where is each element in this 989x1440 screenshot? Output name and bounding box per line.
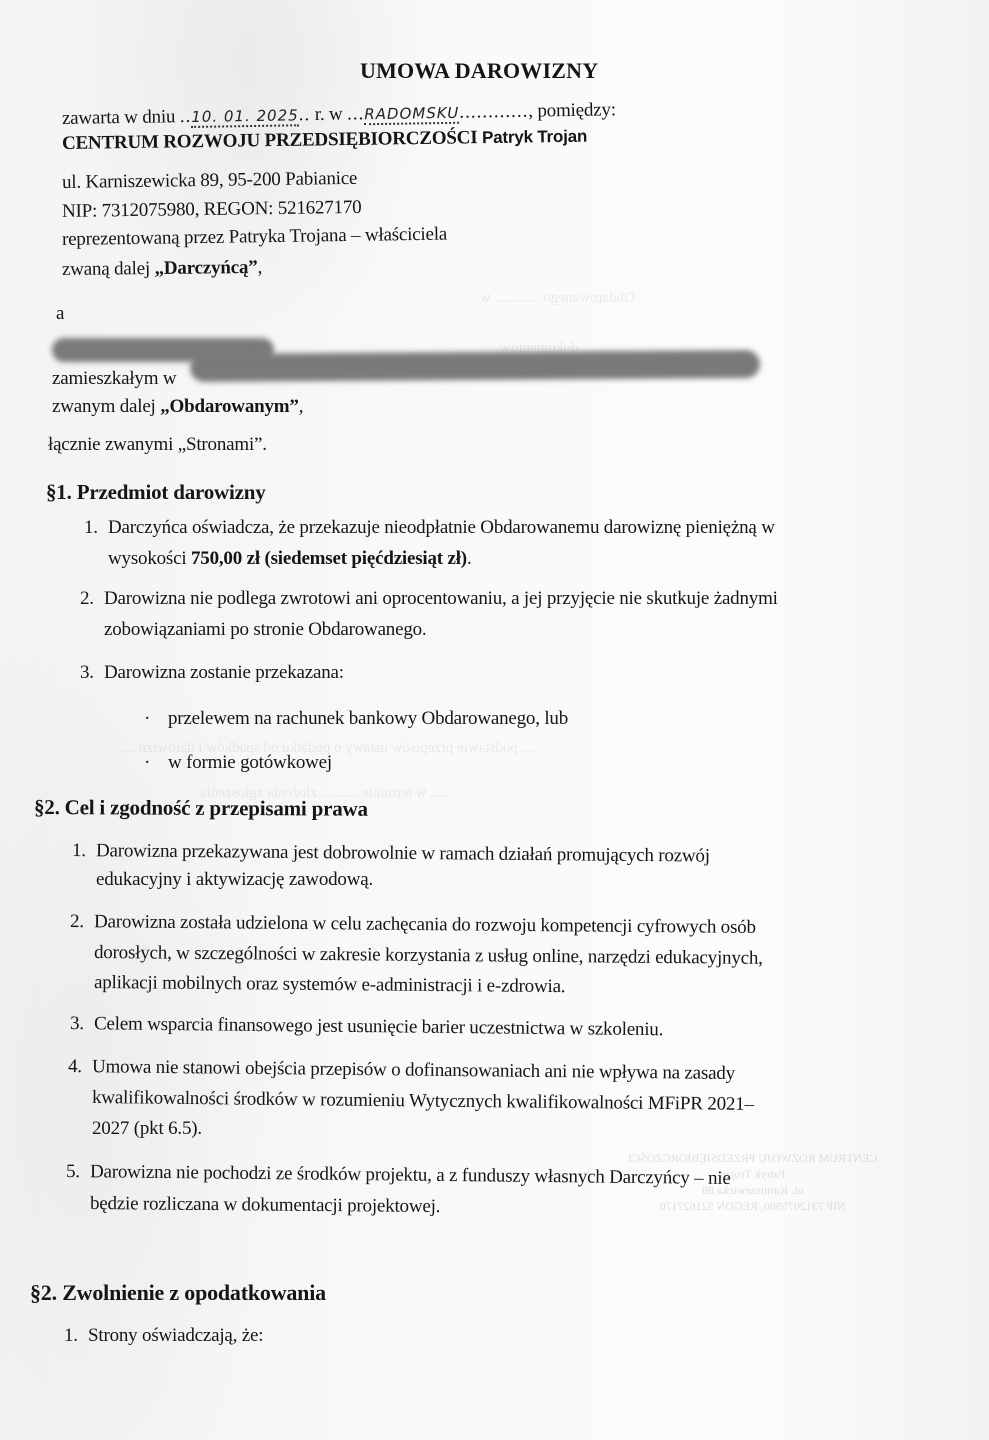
intro-line: zawarta w dniu ..10. 01. 2025.. r. w ...… <box>62 99 616 130</box>
section-1-item-1-amount: wysokości 750,00 zł (siedemset pięćdzies… <box>108 548 472 570</box>
item-text: Darowizna została udzielona w celu zachę… <box>94 911 756 938</box>
bleed-through-text: Obdarowanego ............ w <box>480 290 635 307</box>
amount-suffix: . <box>467 548 472 569</box>
section-1-item-2-line-2: zobowiązaniami po stronie Obdarowanego. <box>104 619 426 641</box>
bullet-icon: · <box>144 752 168 774</box>
document-page: Obdarowanego ............ w ............… <box>0 0 989 1440</box>
residence-prefix: zamieszkałym w <box>52 368 176 389</box>
recipient-role: „Obdarowanym” <box>160 396 299 417</box>
item-number: 3. <box>70 1013 94 1035</box>
section-2-item-4-line-3: 2027 (pkt 6.5). <box>92 1118 202 1140</box>
intro-mid: r. w <box>315 104 343 125</box>
amount-prefix: wysokości <box>108 548 191 569</box>
section-1-heading: §1. Przedmiot darowizny <box>46 480 266 505</box>
intro-prefix: zawarta w dniu <box>62 106 176 129</box>
donor-address: ul. Karniszewicka 89, 95-200 Pabianice <box>62 168 358 194</box>
item-text: Celem wsparcia finansowego jest usunięci… <box>94 1013 663 1040</box>
section-2-item-4: 4.Umowa nie stanowi obejścia przepisów o… <box>68 1056 735 1085</box>
intro-suffix: , pomiędzy: <box>528 99 616 121</box>
called-suffix: , <box>299 396 304 417</box>
donor-role: „Darczyńcą” <box>154 257 257 279</box>
section-1-bullet-1: ·przelewem na rachunek bankowy Obdarowan… <box>144 708 568 730</box>
redacted-recipient-address <box>190 350 760 382</box>
section-2-item-3: 3.Celem wsparcia finansowego jest usunię… <box>70 1013 663 1041</box>
section-1-bullet-2: ·w formie gotówkowej <box>144 752 332 774</box>
section-3-heading: §2. Zwolnienie z opodatkowania <box>30 1280 326 1306</box>
section-2-item-5: 5.Darowizna nie pochodzi ze środków proj… <box>66 1161 731 1190</box>
donation-amount: 750,00 zł (siedemset pięćdziesiąt zł) <box>191 548 467 569</box>
item-number: 1. <box>72 840 96 862</box>
bullet-text: przelewem na rachunek bankowy Obdarowane… <box>168 708 568 729</box>
section-2-item-2: 2.Darowizna została udzielona w celu zac… <box>70 911 756 939</box>
dots: .. <box>299 104 311 125</box>
donor-representative: reprezentowaną przez Patryka Trojana – w… <box>62 224 447 251</box>
section-1-item-3: 3.Darowizna zostanie przekazana: <box>80 662 344 684</box>
section-2-item-1: 1.Darowizna przekazywana jest dobrowolni… <box>72 840 710 868</box>
stamp-line: CENTRUM ROZWOJU PRZEDSIĘBIORCZOŚCI <box>628 1150 877 1166</box>
item-text: Darowizna zostanie przekazana: <box>104 662 344 683</box>
section-2-item-2-line-2: dorosłych, w szczególności w zakresie ko… <box>94 942 763 970</box>
item-text: Darowizna nie pochodzi ze środków projek… <box>90 1161 731 1189</box>
item-number: 3. <box>80 662 104 684</box>
donor-company: CENTRUM ROZWOJU PRZEDSIĘBIORCZOŚCI <box>62 127 478 154</box>
called-prefix: zwaną dalej <box>62 258 155 280</box>
section-3-item-1: 1.Strony oświadczają, że: <box>64 1325 263 1347</box>
section-2-item-4-line-2: kwalifikowalności środków w rozumieniu W… <box>92 1087 754 1116</box>
handwritten-place: RADOMSKU <box>364 104 459 125</box>
item-text: Darowizna przekazywana jest dobrowolnie … <box>96 840 710 866</box>
item-number: 1. <box>84 517 108 539</box>
bullet-text: w formie gotówkowej <box>168 752 332 773</box>
donor-person: Patryk Trojan <box>482 127 587 147</box>
item-number: 1. <box>64 1325 88 1347</box>
item-number: 5. <box>66 1161 90 1183</box>
bullet-icon: · <box>144 708 168 730</box>
section-1-item-1: 1.Darczyńca oświadcza, że przekazuje nie… <box>84 517 775 539</box>
section-2-item-2-line-3: aplikacji mobilnych oraz systemów e-admi… <box>94 972 566 998</box>
document-title: UMOWA DAROWIZNY <box>360 58 598 84</box>
section-2-item-5-line-2: będzie rozliczana w dokumentacji projekt… <box>90 1193 440 1218</box>
item-number: 2. <box>70 911 94 933</box>
item-text: Strony oświadczają, że: <box>88 1325 263 1346</box>
conjunction: a <box>56 303 64 325</box>
item-text: Darczyńca oświadcza, że przekazuje nieod… <box>108 517 775 538</box>
donor-name: CENTRUM ROZWOJU PRZEDSIĘBIORCZOŚCI Patry… <box>62 126 587 155</box>
donor-called: zwaną dalej „Darczyńcą”, <box>62 257 262 281</box>
section-2-heading: §2. Cel i zgodność z przepisami prawa <box>34 795 368 822</box>
dots: ............ <box>459 101 528 123</box>
dots: .. <box>180 106 192 127</box>
dots: ... <box>347 103 365 124</box>
recipient-residence: zamieszkałym w <box>52 368 176 390</box>
handwritten-date: 10. 01. 2025 <box>191 106 299 128</box>
called-suffix: , <box>257 257 262 278</box>
section-2-item-1-line-2: edukacyjny i aktywizację zawodową. <box>96 869 373 891</box>
item-text: Umowa nie stanowi obejścia przepisów o d… <box>92 1056 735 1084</box>
item-number: 4. <box>68 1056 92 1078</box>
called-prefix: zwanym dalej <box>52 396 160 417</box>
stamp-line: NIP 7312075980, REGON 521627170 <box>628 1198 877 1214</box>
donor-ids: NIP: 7312075980, REGON: 521627170 <box>62 197 362 223</box>
section-1-item-2: 2.Darowizna nie podlega zwrotowi ani opr… <box>80 588 778 610</box>
item-number: 2. <box>80 588 104 610</box>
recipient-called: zwanym dalej „Obdarowanym”, <box>52 396 303 418</box>
parties-collective: łącznie zwanymi „Stronami”. <box>48 434 267 456</box>
item-text: Darowizna nie podlega zwrotowi ani oproc… <box>104 588 778 609</box>
